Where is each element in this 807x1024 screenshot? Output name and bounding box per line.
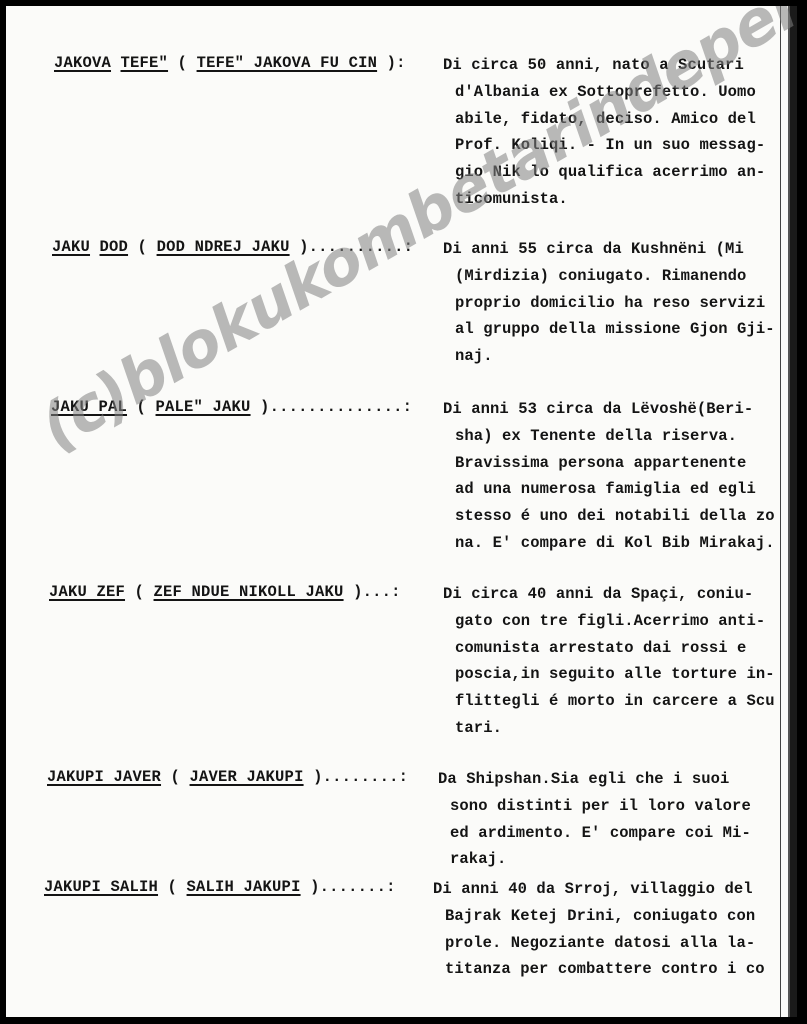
description-line: titanza per combattere contro i co bbox=[433, 956, 778, 983]
dot-leader: ........: bbox=[323, 768, 409, 786]
entry-name: JAKUPI SALIH ( SALIH JAKUPI ).......: bbox=[44, 878, 396, 896]
description-line: Di circa 40 anni da Spaçi, coniu- bbox=[443, 581, 788, 608]
description-line: (Mirdizia) coniugato. Rimanendo bbox=[443, 263, 788, 290]
underlined-name-part: JAKU bbox=[52, 238, 90, 256]
dot-leader: : bbox=[396, 54, 406, 72]
underlined-name-part: JAVER JAKUPI bbox=[190, 768, 304, 786]
name-separator: ) bbox=[290, 238, 309, 256]
description-line: Prof. Koliqi. - In un suo messag- bbox=[443, 132, 788, 159]
entry-description: Di anni 53 circa da Lëvoshë(Beri-sha) ex… bbox=[443, 396, 788, 557]
name-separator: ) bbox=[377, 54, 396, 72]
name-separator: ) bbox=[301, 878, 320, 896]
name-separator: ( bbox=[168, 54, 197, 72]
dot-leader: ..........: bbox=[309, 238, 414, 256]
name-separator: ( bbox=[127, 398, 156, 416]
entry-description: Di anni 55 circa da Kushnëni (Mi(Mirdizi… bbox=[443, 236, 788, 370]
description-line: comunista arrestato dai rossi e bbox=[443, 635, 788, 662]
entry-name: JAKU DOD ( DOD NDREJ JAKU )..........: bbox=[52, 238, 413, 256]
dot-leader: ...: bbox=[363, 583, 401, 601]
description-line: ad una numerosa famiglia ed egli bbox=[443, 476, 788, 503]
description-line: gato con tre figli.Acerrimo anti- bbox=[443, 608, 788, 635]
name-separator: ) bbox=[344, 583, 363, 601]
name-separator bbox=[111, 54, 121, 72]
underlined-name-part: DOD NDREJ JAKU bbox=[157, 238, 290, 256]
dot-leader: ..............: bbox=[270, 398, 413, 416]
entry-description: Da Shipshan.Sia egli che i suoisono dist… bbox=[438, 766, 783, 873]
entry-name: JAKU PAL ( PALE" JAKU )..............: bbox=[51, 398, 412, 416]
description-line: d'Albania ex Sottoprefetto. Uomo bbox=[443, 79, 788, 106]
dot-leader: .......: bbox=[320, 878, 396, 896]
underlined-name-part: ZEF NDUE NIKOLL JAKU bbox=[154, 583, 344, 601]
description-line: Di anni 53 circa da Lëvoshë(Beri- bbox=[443, 396, 788, 423]
description-line: Di anni 55 circa da Kushnëni (Mi bbox=[443, 236, 788, 263]
underlined-name-part: TEFE" JAKOVA FU CIN bbox=[197, 54, 378, 72]
underlined-name-part: JAKUPI JAVER bbox=[47, 768, 161, 786]
name-separator bbox=[90, 238, 100, 256]
underlined-name-part: JAKOVA bbox=[54, 54, 111, 72]
entry-name: JAKOVA TEFE" ( TEFE" JAKOVA FU CIN ): bbox=[54, 54, 406, 72]
description-line: Di circa 50 anni, nato a Scutari bbox=[443, 52, 788, 79]
description-line: Bravissima persona appartenente bbox=[443, 450, 788, 477]
description-line: rakaj. bbox=[438, 846, 783, 873]
description-line: Di anni 40 da Srroj, villaggio del bbox=[433, 876, 778, 903]
underlined-name-part: JAKUPI SALIH bbox=[44, 878, 158, 896]
entry-name: JAKU ZEF ( ZEF NDUE NIKOLL JAKU )...: bbox=[49, 583, 401, 601]
description-line: proprio domicilio ha reso servizi bbox=[443, 290, 788, 317]
description-line: poscia,in seguito alle torture in- bbox=[443, 661, 788, 688]
name-separator: ) bbox=[304, 768, 323, 786]
name-separator: ( bbox=[158, 878, 187, 896]
entry-description: Di circa 50 anni, nato a Scutarid'Albani… bbox=[443, 52, 788, 213]
description-line: Da Shipshan.Sia egli che i suoi bbox=[438, 766, 783, 793]
underlined-name-part: TEFE" bbox=[121, 54, 169, 72]
underlined-name-part: SALIH JAKUPI bbox=[187, 878, 301, 896]
description-line: sha) ex Tenente della riserva. bbox=[443, 423, 788, 450]
description-line: prole. Negoziante datosi alla la- bbox=[433, 930, 778, 957]
description-line: stesso é uno dei notabili della zo bbox=[443, 503, 788, 530]
description-line: ticomunista. bbox=[443, 186, 788, 213]
description-line: naj. bbox=[443, 343, 788, 370]
name-separator: ) bbox=[251, 398, 270, 416]
underlined-name-part: PALE" JAKU bbox=[156, 398, 251, 416]
entry-name: JAKUPI JAVER ( JAVER JAKUPI )........: bbox=[47, 768, 408, 786]
description-line: flittegli é morto in carcere a Scu bbox=[443, 688, 788, 715]
description-line: al gruppo della missione Gjon Gji- bbox=[443, 316, 788, 343]
name-separator: ( bbox=[128, 238, 157, 256]
description-line: na. E' compare di Kol Bib Mirakaj. bbox=[443, 530, 788, 557]
description-line: ed ardimento. E' compare coi Mi- bbox=[438, 820, 783, 847]
name-separator: ( bbox=[125, 583, 154, 601]
description-line: gio Nik lo qualifica acerrimo an- bbox=[443, 159, 788, 186]
entry-description: Di anni 40 da Srroj, villaggio delBajrak… bbox=[433, 876, 778, 983]
underlined-name-part: JAKU ZEF bbox=[49, 583, 125, 601]
page-edge-bar bbox=[788, 6, 797, 1017]
entry-description: Di circa 40 anni da Spaçi, coniu-gato co… bbox=[443, 581, 788, 742]
description-line: abile, fidato, deciso. Amico del bbox=[443, 106, 788, 133]
underlined-name-part: JAKU PAL bbox=[51, 398, 127, 416]
document-page: JAKOVA TEFE" ( TEFE" JAKOVA FU CIN ):Di … bbox=[6, 6, 797, 1017]
description-line: Bajrak Ketej Drini, coniugato con bbox=[433, 903, 778, 930]
description-line: tari. bbox=[443, 715, 788, 742]
name-separator: ( bbox=[161, 768, 190, 786]
description-line: sono distinti per il loro valore bbox=[438, 793, 783, 820]
underlined-name-part: DOD bbox=[100, 238, 129, 256]
